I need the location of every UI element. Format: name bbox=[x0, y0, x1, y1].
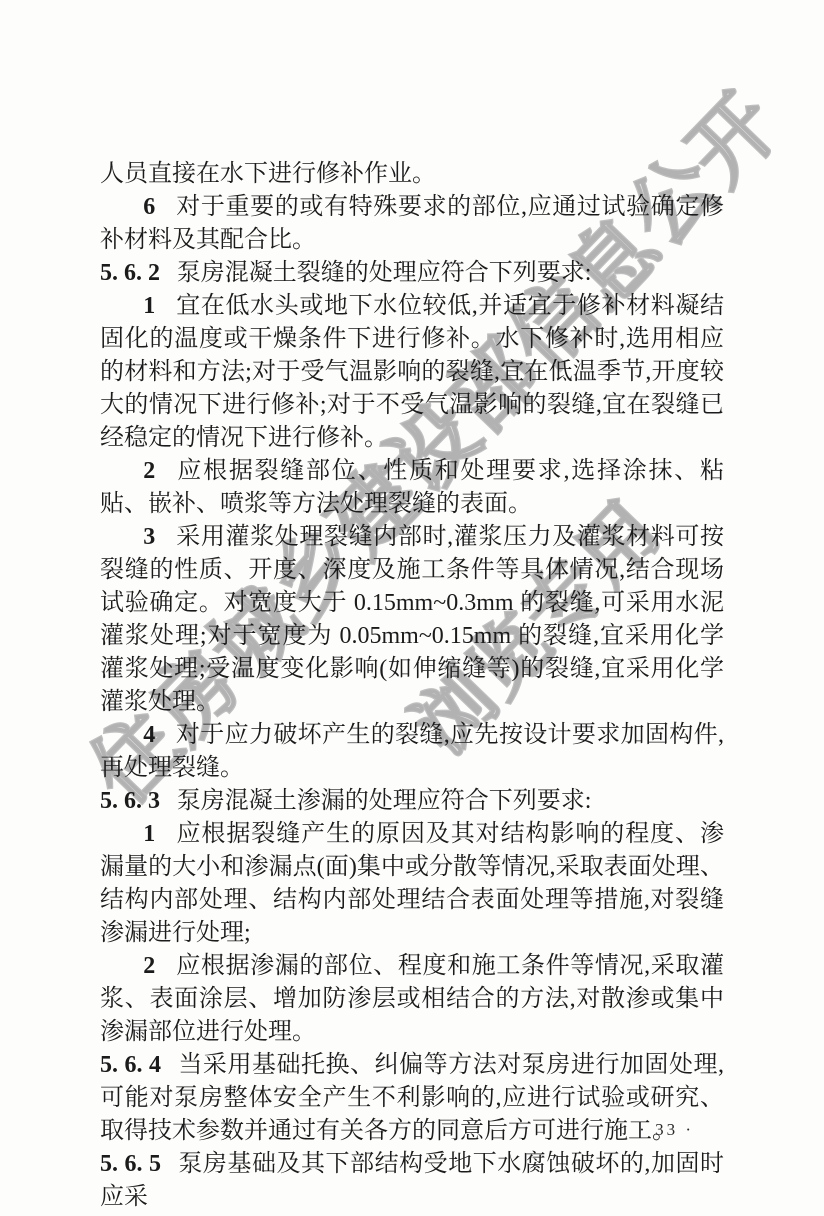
paragraph: 2应根据渗漏的部位、程度和施工条件等情况,采取灌浆、表面涂层、增加防渗层或相结合… bbox=[100, 950, 724, 1049]
item-number: 2 bbox=[143, 953, 155, 979]
paragraph: 1宜在低水头或地下水位较低,并适宜于修补材料凝结固化的温度或干燥条件下进行修补。… bbox=[100, 290, 724, 455]
clause-number: 5. 6. 2 bbox=[100, 260, 160, 286]
paragraph-text: 采用灌浆处理裂缝内部时,灌浆压力及灌浆材料可按裂缝的性质、开度、深度及施工条件等… bbox=[100, 524, 724, 715]
paragraph-text: 泵房基础及其下部结构受地下水腐蚀破坏的,加固时应采 bbox=[100, 1151, 724, 1210]
clause-number: 5. 6. 5 bbox=[100, 1151, 161, 1177]
item-number: 1 bbox=[143, 293, 155, 319]
paragraph: 1应根据裂缝产生的原因及其对结构影响的程度、渗漏量的大小和渗漏点(面)集中或分散… bbox=[100, 818, 724, 950]
paragraph: 4对于应力破坏产生的裂缝,应先按设计要求加固构件,再处理裂缝。 bbox=[100, 719, 724, 785]
item-number: 6 bbox=[143, 194, 155, 220]
paragraph: 5. 6. 3泵房混凝土渗漏的处理应符合下列要求: bbox=[100, 785, 724, 818]
page-number: · 33 · bbox=[100, 1120, 694, 1140]
paragraph: 5. 6. 2泵房混凝土裂缝的处理应符合下列要求: bbox=[100, 257, 724, 290]
paragraph: 3采用灌浆处理裂缝内部时,灌浆压力及灌浆材料可按裂缝的性质、开度、深度及施工条件… bbox=[100, 521, 724, 719]
paragraph-text: 泵房混凝土渗漏的处理应符合下列要求: bbox=[177, 788, 592, 814]
item-number: 2 bbox=[143, 458, 155, 484]
paragraph-text: 人员直接在水下进行修补作业。 bbox=[100, 161, 436, 187]
paragraph-text: 对于应力破坏产生的裂缝,应先按设计要求加固构件,再处理裂缝。 bbox=[100, 722, 724, 781]
paragraph-text: 应根据裂缝部位、性质和处理要求,选择涂抹、粘贴、嵌补、喷浆等方法处理裂缝的表面。 bbox=[100, 458, 724, 517]
paragraph-text: 应根据渗漏的部位、程度和施工条件等情况,采取灌浆、表面涂层、增加防渗层或相结合的… bbox=[100, 953, 724, 1045]
item-number: 4 bbox=[143, 722, 155, 748]
item-number: 3 bbox=[143, 524, 155, 550]
document-body: 人员直接在水下进行修补作业。 6对于重要的或有特殊要求的部位,应通过试验确定修补… bbox=[100, 158, 724, 1214]
paragraph: 5. 6. 5泵房基础及其下部结构受地下水腐蚀破坏的,加固时应采 bbox=[100, 1148, 724, 1214]
paragraph-text: 泵房混凝土裂缝的处理应符合下列要求: bbox=[177, 260, 592, 286]
paragraph: 6对于重要的或有特殊要求的部位,应通过试验确定修补材料及其配合比。 bbox=[100, 191, 724, 257]
paragraph-text: 应根据裂缝产生的原因及其对结构影响的程度、渗漏量的大小和渗漏点(面)集中或分散等… bbox=[100, 821, 724, 946]
clause-number: 5. 6. 3 bbox=[100, 788, 160, 814]
item-number: 1 bbox=[143, 821, 155, 847]
clause-number: 5. 6. 4 bbox=[100, 1052, 161, 1078]
paragraph-text: 宜在低水头或地下水位较低,并适宜于修补材料凝结固化的温度或干燥条件下进行修补。水… bbox=[100, 293, 724, 451]
paragraph: 2应根据裂缝部位、性质和处理要求,选择涂抹、粘贴、嵌补、喷浆等方法处理裂缝的表面… bbox=[100, 455, 724, 521]
paragraph-text: 对于重要的或有特殊要求的部位,应通过试验确定修补材料及其配合比。 bbox=[100, 194, 724, 253]
paragraph: 人员直接在水下进行修补作业。 bbox=[100, 158, 724, 191]
document-page: 住房城乡建设部信息公开 浏览专用 人员直接在水下进行修补作业。 6对于重要的或有… bbox=[0, 0, 824, 1216]
